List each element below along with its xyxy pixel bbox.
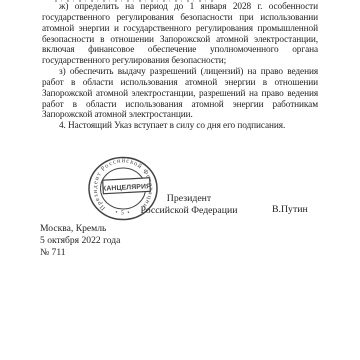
issuance-date: 5 октября 2022 года [40,235,120,247]
body-text-line: Запорожской атомной электростанции. [42,110,318,121]
decree-number: № 711 [40,247,120,259]
issuance-block: Москва, Кремль 5 октября 2022 года № 711 [40,223,120,259]
body-text-line: государственного регулирования безопасно… [42,13,318,24]
svg-text:• 5 •: • 5 • [114,210,131,217]
chancellery-stamp-icon: Президент Российской Федерации • 5 • КАН… [87,154,159,226]
body-text-line: государственного регулирования безопасно… [42,56,318,67]
signatory-name: В.Путин [272,204,308,216]
body-text-line: атомной энергии и государственного регул… [42,24,318,35]
body-text-line: работ в области использования атомной эн… [42,78,318,89]
body-text-line: з) обеспечить выдачу разрешений (лицензи… [42,67,318,78]
body-text-line: работ в области использования атомной эн… [42,100,318,111]
body-text-line: ж) определить на период до 1 января 2028… [42,2,318,13]
body-text-line: 4. Настоящий Указ вступает в силу со дня… [42,121,318,132]
body-text-line: безопасности в отношении Запорожской ато… [42,35,318,46]
decree-body: ж) определить на период до 1 января 2028… [42,2,318,132]
body-text-line: включая финансовое обеспечение уполномоч… [42,45,318,56]
decree-document-page: ж) определить на период до 1 января 2028… [0,0,360,360]
stamp-bottom-mark: • 5 • [114,210,131,217]
body-text-line: Запорожской атомной электростанции, разр… [42,89,318,100]
